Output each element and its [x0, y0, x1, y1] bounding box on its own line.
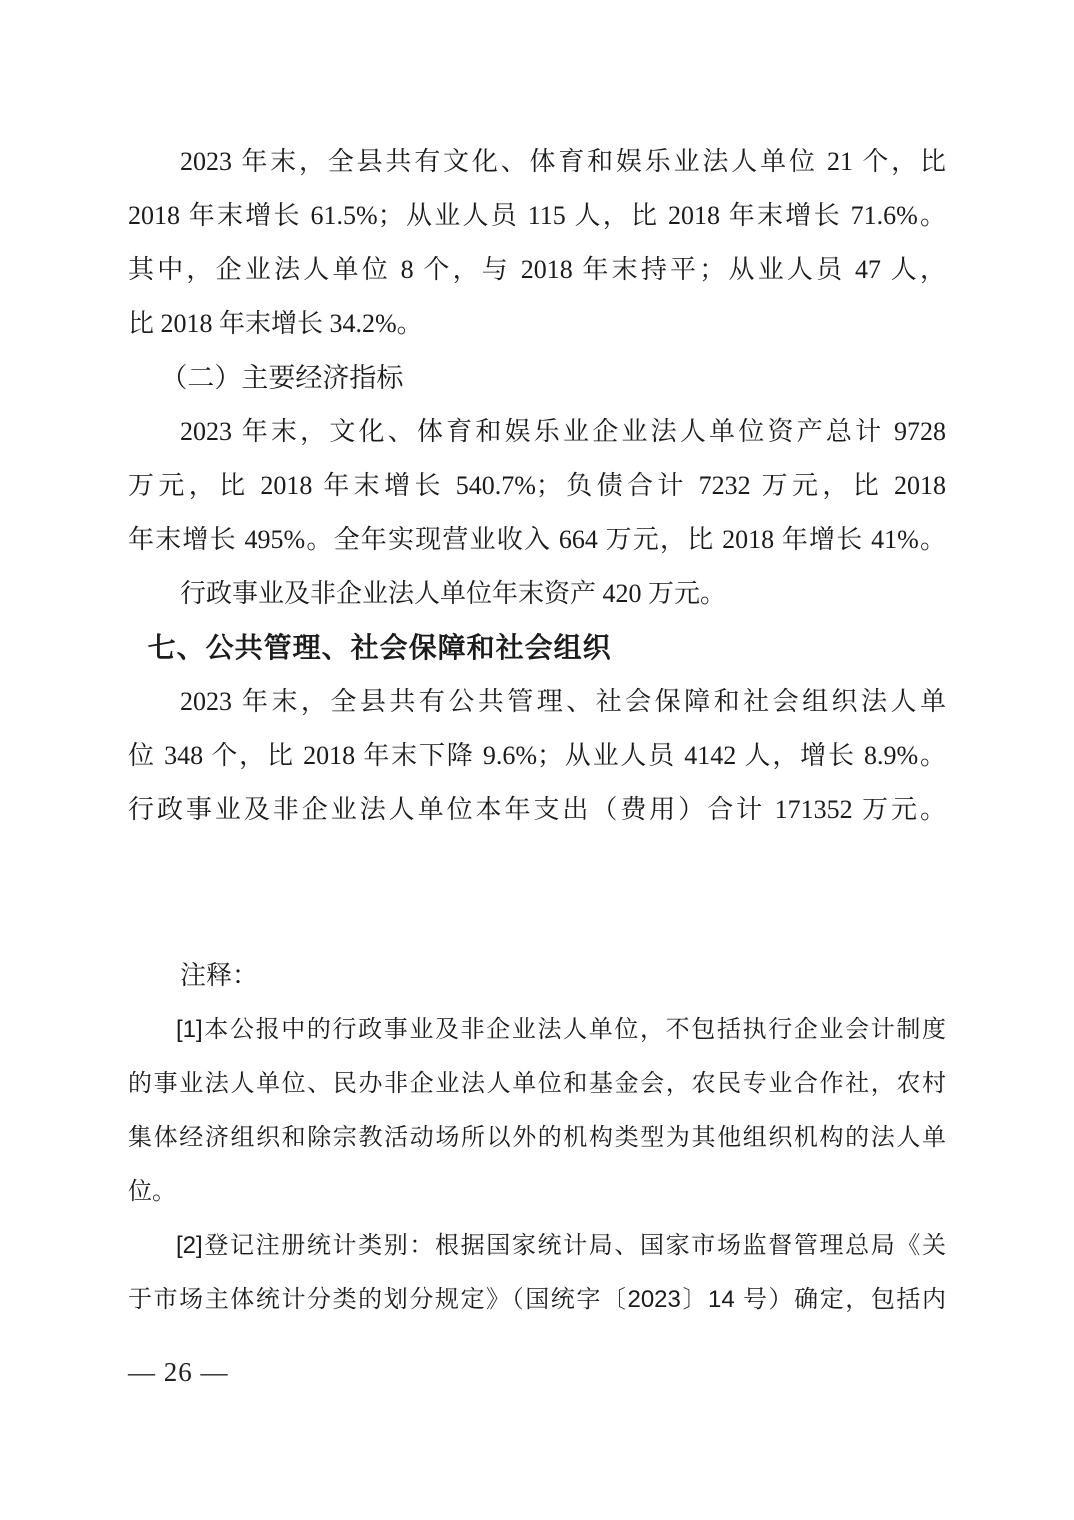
text-line: 2018 年末增长 61.5%；从业人员 115 人，比 2018 年末增长 7… [128, 189, 946, 243]
text-line: 万元，比 2018 年末增长 540.7%；负债合计 7232 万元，比 201… [128, 459, 946, 513]
page-content: 2023 年末，全县共有文化、体育和娱乐业法人单位 21 个，比 2018 年末… [0, 0, 1074, 1399]
notes-section: 注释： [1]本公报中的行政事业及非企业法人单位，不包括执行企业会计制度 的事业… [128, 949, 946, 1327]
text-line: [2]登记注册统计类别：根据国家统计局、国家市场监督管理总局《关 [128, 1219, 946, 1273]
text-line: 2023 年末，全县共有文化、体育和娱乐业法人单位 21 个，比 [128, 135, 946, 189]
text-line: 位 348 个，比 2018 年末下降 9.6%；从业人员 4142 人，增长 … [128, 729, 946, 783]
note-1: [1]本公报中的行政事业及非企业法人单位，不包括执行企业会计制度 的事业法人单位… [128, 1003, 946, 1219]
note-2: [2]登记注册统计类别：根据国家统计局、国家市场监督管理总局《关 于市场主体统计… [128, 1219, 946, 1327]
section-heading-public-management: 七、公共管理、社会保障和社会组织 [128, 621, 946, 675]
text-line: 其中，企业法人单位 8 个，与 2018 年末持平；从业人员 47 人， [128, 243, 946, 297]
paragraph-culture-sports-units: 2023 年末，全县共有文化、体育和娱乐业法人单位 21 个，比 2018 年末… [128, 135, 946, 351]
subsection-heading-economic-indicators: （二）主要经济指标 [128, 351, 946, 405]
text-line: 行政事业及非企业法人单位年末资产 420 万元。 [128, 567, 946, 621]
paragraph-admin-assets: 行政事业及非企业法人单位年末资产 420 万元。 [128, 567, 946, 621]
paragraph-economic-indicators: 2023 年末，文化、体育和娱乐业企业法人单位资产总计 9728 万元，比 20… [128, 405, 946, 567]
text-line: 于市场主体统计分类的划分规定》（国统字〔2023〕14 号）确定，包括内 [128, 1273, 946, 1327]
text-line: 的事业法人单位、民办非企业法人单位和基金会，农民专业合作社，农村 [128, 1057, 946, 1111]
page-number: — 26 — [128, 1345, 946, 1399]
text-line: 行政事业及非企业法人单位本年支出（费用）合计 171352 万元。 [128, 783, 946, 837]
document-page: 2023 年末，全县共有文化、体育和娱乐业法人单位 21 个，比 2018 年末… [0, 0, 1074, 1520]
text-line: [1]本公报中的行政事业及非企业法人单位，不包括执行企业会计制度 [128, 1003, 946, 1057]
text-line: 2023 年末，全县共有公共管理、社会保障和社会组织法人单 [128, 675, 946, 729]
text-line: 2023 年末，文化、体育和娱乐业企业法人单位资产总计 9728 [128, 405, 946, 459]
text-line: 年末增长 495%。全年实现营业收入 664 万元，比 2018 年增长 41%… [128, 513, 946, 567]
paragraph-public-management: 2023 年末，全县共有公共管理、社会保障和社会组织法人单 位 348 个，比 … [128, 675, 946, 837]
text-line: 比 2018 年末增长 34.2%。 [128, 297, 946, 351]
text-line: 集体经济组织和除宗教活动场所以外的机构类型为其他组织机构的法人单 [128, 1111, 946, 1165]
text-line: 位。 [128, 1165, 946, 1219]
notes-label: 注释： [128, 949, 946, 1003]
